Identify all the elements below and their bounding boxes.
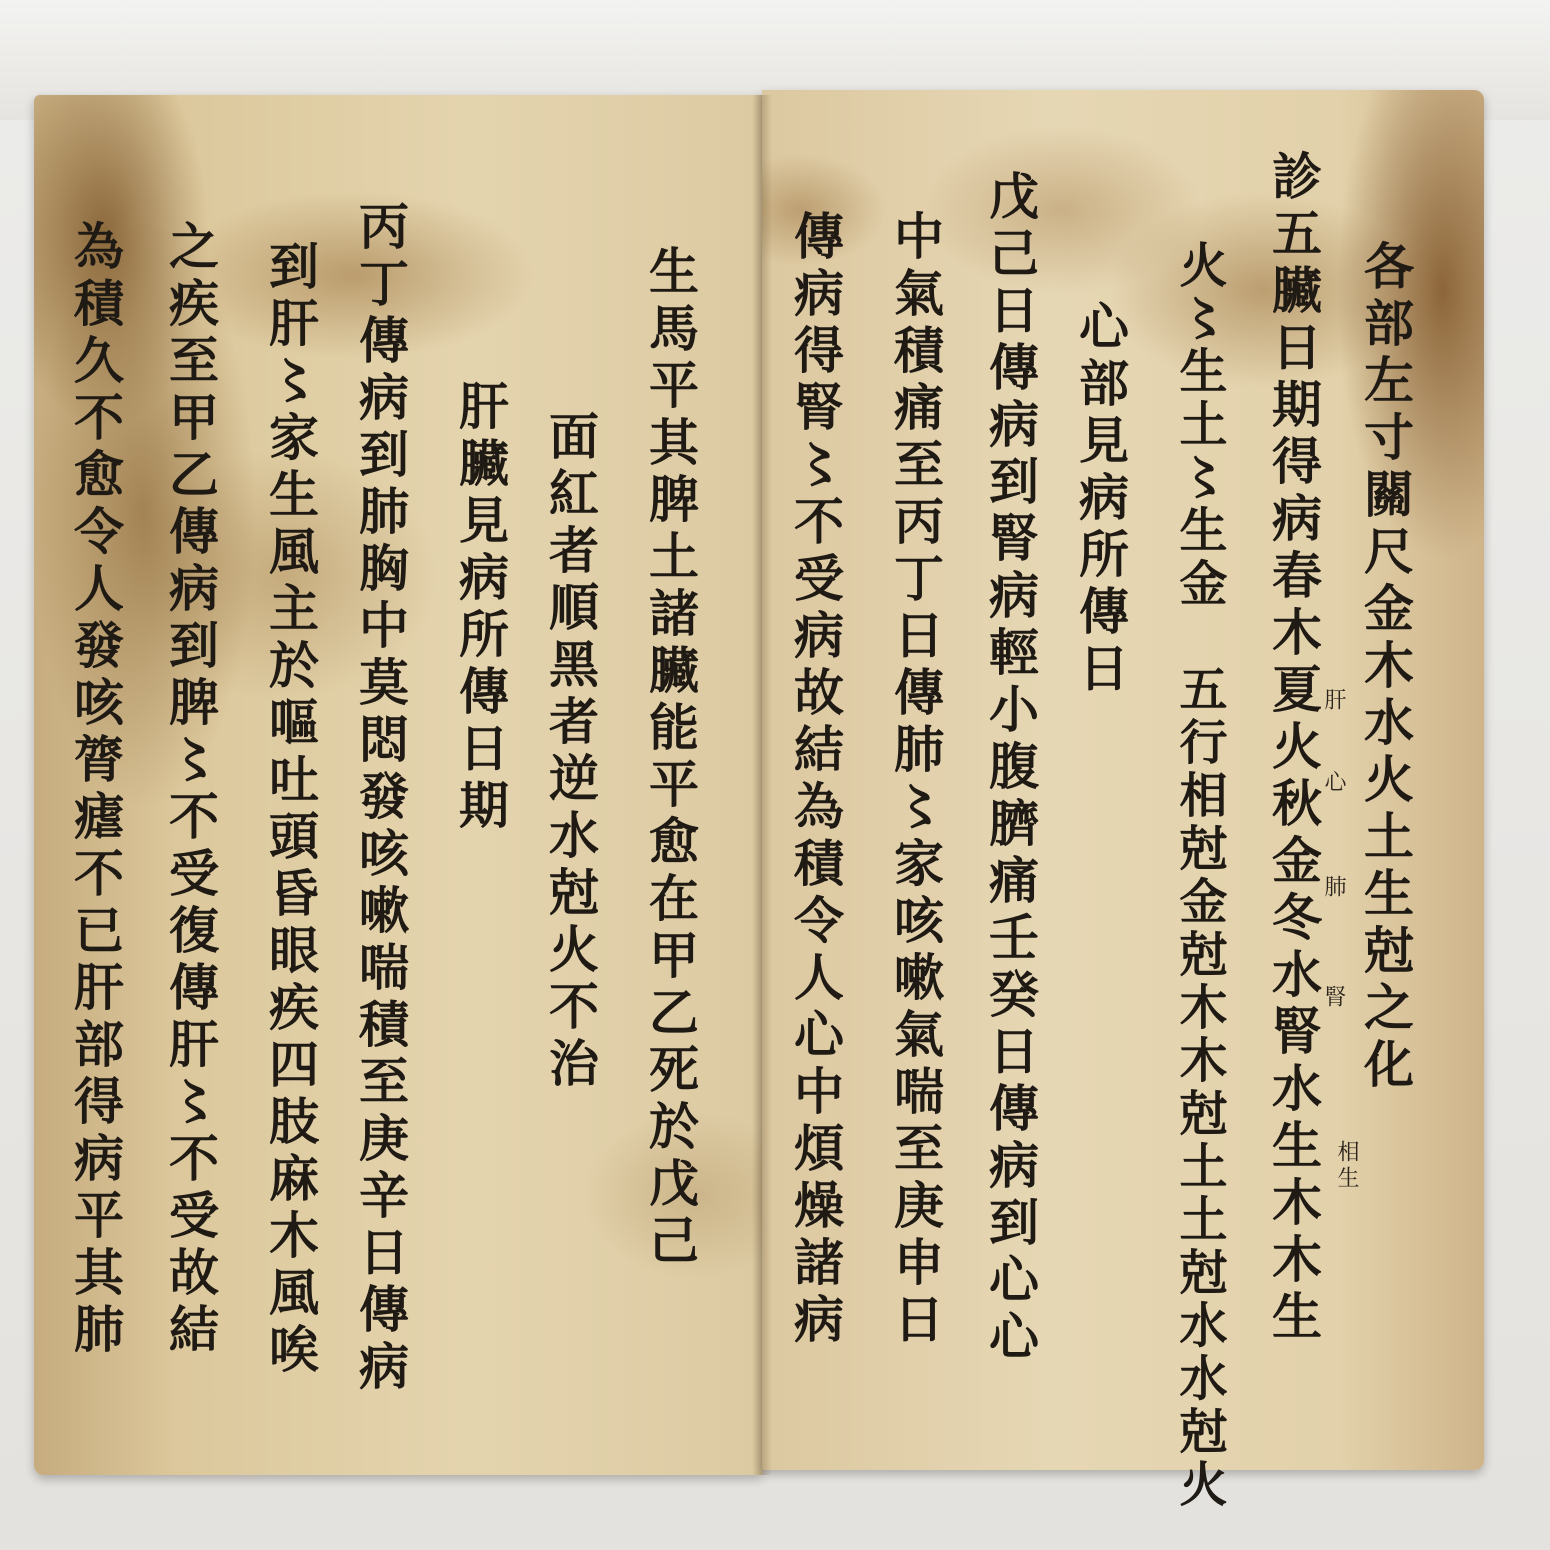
- right-column-2: 診五臟日期得病春木夏火秋金冬水腎水生木木生: [1268, 150, 1318, 1347]
- left-column-4: 丙丁傳病到肺胸中莫悶發咳嗽喘積至庚辛日傳病: [355, 200, 405, 1397]
- left-column-2: 面紅者順黑者逆水尅火不治: [545, 410, 595, 1094]
- left-column-3: 肝臟見病所傳日期: [455, 380, 505, 836]
- right-column-5: 戊己日傳病到腎病輕小腹臍痛壬癸日傳病到心心: [985, 170, 1035, 1367]
- note-kidney: 腎: [1322, 985, 1344, 1011]
- right-column-7: 傳病得腎〻不受病故結為積令人心中煩燥諸病: [790, 210, 840, 1350]
- right-column-3: 火〻生土〻生金 五行相尅金尅木木尅土土尅水水尅火: [1175, 240, 1223, 1512]
- right-column-6: 中氣積痛至丙丁日傳肺〻家咳嗽氣喘至庚申日: [890, 210, 940, 1350]
- left-column-6: 之疾至甲乙傳病到脾〻不受復傳肝〻不受故結: [165, 220, 215, 1360]
- right-column-1: 各部左寸關尺金木水火土生尅之化: [1360, 240, 1410, 1095]
- note-mutual-generation: 相生: [1335, 1140, 1357, 1192]
- book-gutter: [752, 95, 772, 1475]
- left-column-1: 生馬平其脾土諸臟能平愈在甲乙死於戊己: [645, 245, 695, 1271]
- note-lung: 肺: [1322, 875, 1344, 901]
- left-column-7: 為積久不愈令人發咳膂瘧不已肝部得病平其肺: [70, 220, 120, 1360]
- note-liver: 肝: [1322, 688, 1344, 714]
- left-column-5: 到肝〻家生風主於嘔吐頭昏眼疾四肢麻木風唉: [265, 240, 315, 1380]
- right-column-4: 心部見病所傳日: [1075, 300, 1125, 699]
- note-heart: 心: [1322, 770, 1344, 796]
